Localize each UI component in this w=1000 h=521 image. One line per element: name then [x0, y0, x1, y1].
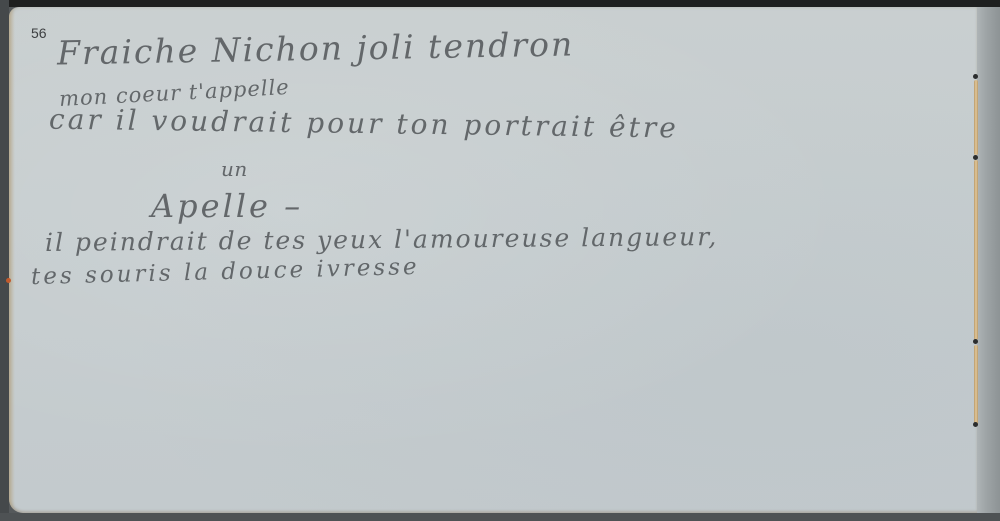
scan-top-border	[0, 0, 1000, 7]
handwritten-line-7: tes souris la douce ivresse	[31, 254, 420, 290]
notebook-binding	[977, 7, 1000, 513]
stitch-hole	[973, 74, 978, 79]
scanned-notebook-page: 56 Fraiche Nichon joli tendron mon coeur…	[0, 0, 1000, 521]
scan-left-border	[0, 0, 9, 521]
scan-bottom-border	[0, 513, 1000, 521]
handwritten-line-3: car il voudrait pour ton portrait être	[49, 103, 679, 145]
stitch-hole	[973, 422, 978, 427]
page-number: 56	[31, 25, 47, 41]
stitch-hole	[973, 155, 978, 160]
handwritten-line-1: Fraiche Nichon joli tendron	[57, 24, 575, 72]
handwritten-line-4: un	[221, 157, 248, 181]
page-edge-discoloration	[9, 7, 15, 513]
binding-stitch-lower	[974, 345, 978, 425]
binding-stitch-middle	[974, 160, 978, 340]
handwritten-line-5: Apelle –	[151, 187, 303, 225]
rust-spot	[6, 278, 11, 283]
stitch-hole	[973, 339, 978, 344]
binding-stitch-upper	[974, 80, 978, 155]
notebook-page: 56 Fraiche Nichon joli tendron mon coeur…	[9, 7, 977, 513]
handwritten-line-6: il peindrait de tes yeux l'amoureuse lan…	[45, 222, 719, 257]
